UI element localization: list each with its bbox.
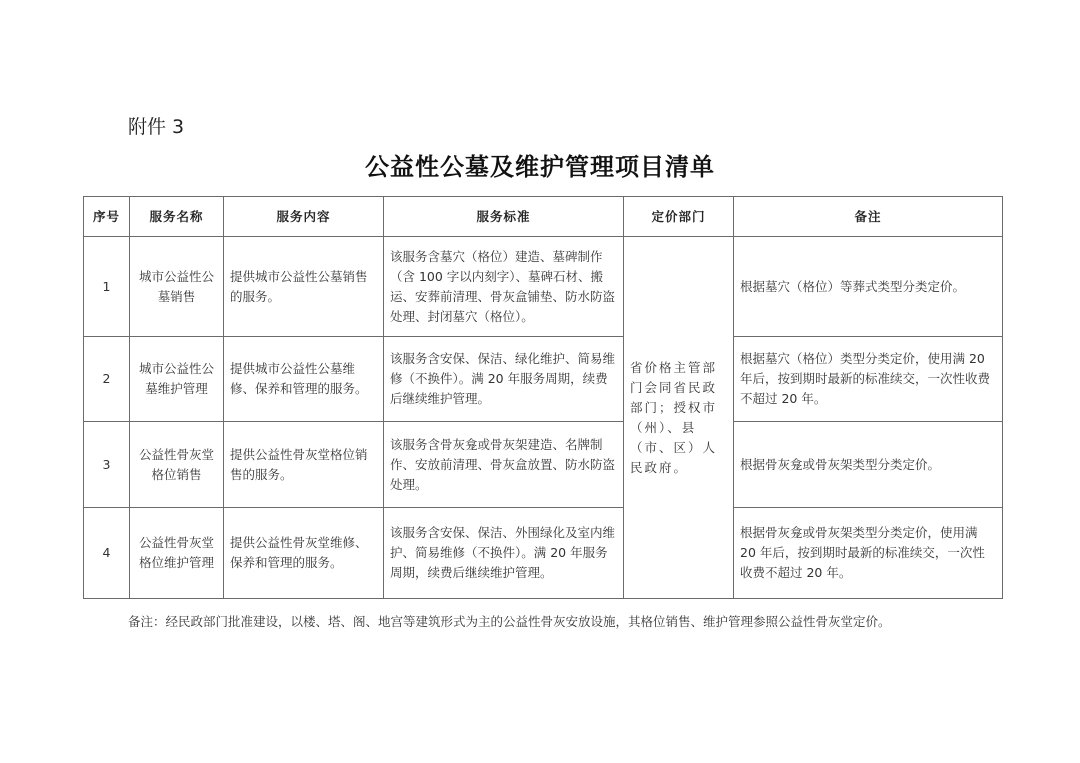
header-pricing-department: 定价部门 [624, 197, 734, 237]
cell-service-content: 提供城市公益性公墓销售的服务。 [224, 237, 384, 337]
header-remark: 备注 [734, 197, 1003, 237]
cell-pricing-department: 省价格主管部门会同省民政部门；授权市（州）、县（市、区）人民政府。 [624, 237, 734, 599]
cell-no: 2 [84, 337, 130, 422]
cell-service-content: 提供公益性骨灰堂维修、保养和管理的服务。 [224, 508, 384, 599]
cell-service-standard: 该服务含墓穴（格位）建造、墓碑制作（含 100 字以内刻字）、墓碑石材、搬运、安… [384, 237, 624, 337]
cell-remark: 根据墓穴（格位）等葬式类型分类定价。 [734, 237, 1003, 337]
cell-service-standard: 该服务含安保、保洁、外围绿化及室内维护、简易维修（不换件）。满 20 年服务周期… [384, 508, 624, 599]
cell-service-standard: 该服务含骨灰龛或骨灰架建造、名牌制作、安放前清理、骨灰盒放置、防水防盗处理。 [384, 422, 624, 508]
header-service-name: 服务名称 [130, 197, 224, 237]
cell-service-standard: 该服务含安保、保洁、绿化维护、简易维修（不换件）。满 20 年服务周期，续费后继… [384, 337, 624, 422]
cell-service-name: 城市公益性公墓维护管理 [130, 337, 224, 422]
table-header-row: 序号 服务名称 服务内容 服务标准 定价部门 备注 [84, 197, 1003, 237]
cell-remark: 根据骨灰龛或骨灰架类型分类定价。 [734, 422, 1003, 508]
document-title: 公益性公墓及维护管理项目清单 [0, 147, 1080, 182]
cell-no: 4 [84, 508, 130, 599]
footnote: 备注：经民政部门批准建设，以楼、塔、阁、地宫等建筑形式为主的公益性骨灰安放设施，… [128, 612, 891, 630]
header-no: 序号 [84, 197, 130, 237]
cell-remark: 根据墓穴（格位）类型分类定价，使用满 20 年后，按到期时最新的标准续交，一次性… [734, 337, 1003, 422]
header-service-standard: 服务标准 [384, 197, 624, 237]
cell-service-content: 提供城市公益性公墓维修、保养和管理的服务。 [224, 337, 384, 422]
table-row: 4 公益性骨灰堂格位维护管理 提供公益性骨灰堂维修、保养和管理的服务。 该服务含… [84, 508, 1003, 599]
attachment-label: 附件 3 [128, 112, 184, 139]
table-row: 2 城市公益性公墓维护管理 提供城市公益性公墓维修、保养和管理的服务。 该服务含… [84, 337, 1003, 422]
cell-no: 1 [84, 237, 130, 337]
table-row: 1 城市公益性公墓销售 提供城市公益性公墓销售的服务。 该服务含墓穴（格位）建造… [84, 237, 1003, 337]
service-items-table: 序号 服务名称 服务内容 服务标准 定价部门 备注 1 城市公益性公墓销售 提供… [83, 196, 1003, 599]
cell-service-name: 公益性骨灰堂格位维护管理 [130, 508, 224, 599]
cell-no: 3 [84, 422, 130, 508]
header-service-content: 服务内容 [224, 197, 384, 237]
table-row: 3 公益性骨灰堂格位销售 提供公益性骨灰堂格位销售的服务。 该服务含骨灰龛或骨灰… [84, 422, 1003, 508]
cell-remark: 根据骨灰龛或骨灰架类型分类定价，使用满 20 年后，按到期时最新的标准续交，一次… [734, 508, 1003, 599]
cell-service-name: 城市公益性公墓销售 [130, 237, 224, 337]
cell-service-name: 公益性骨灰堂格位销售 [130, 422, 224, 508]
cell-service-content: 提供公益性骨灰堂格位销售的服务。 [224, 422, 384, 508]
